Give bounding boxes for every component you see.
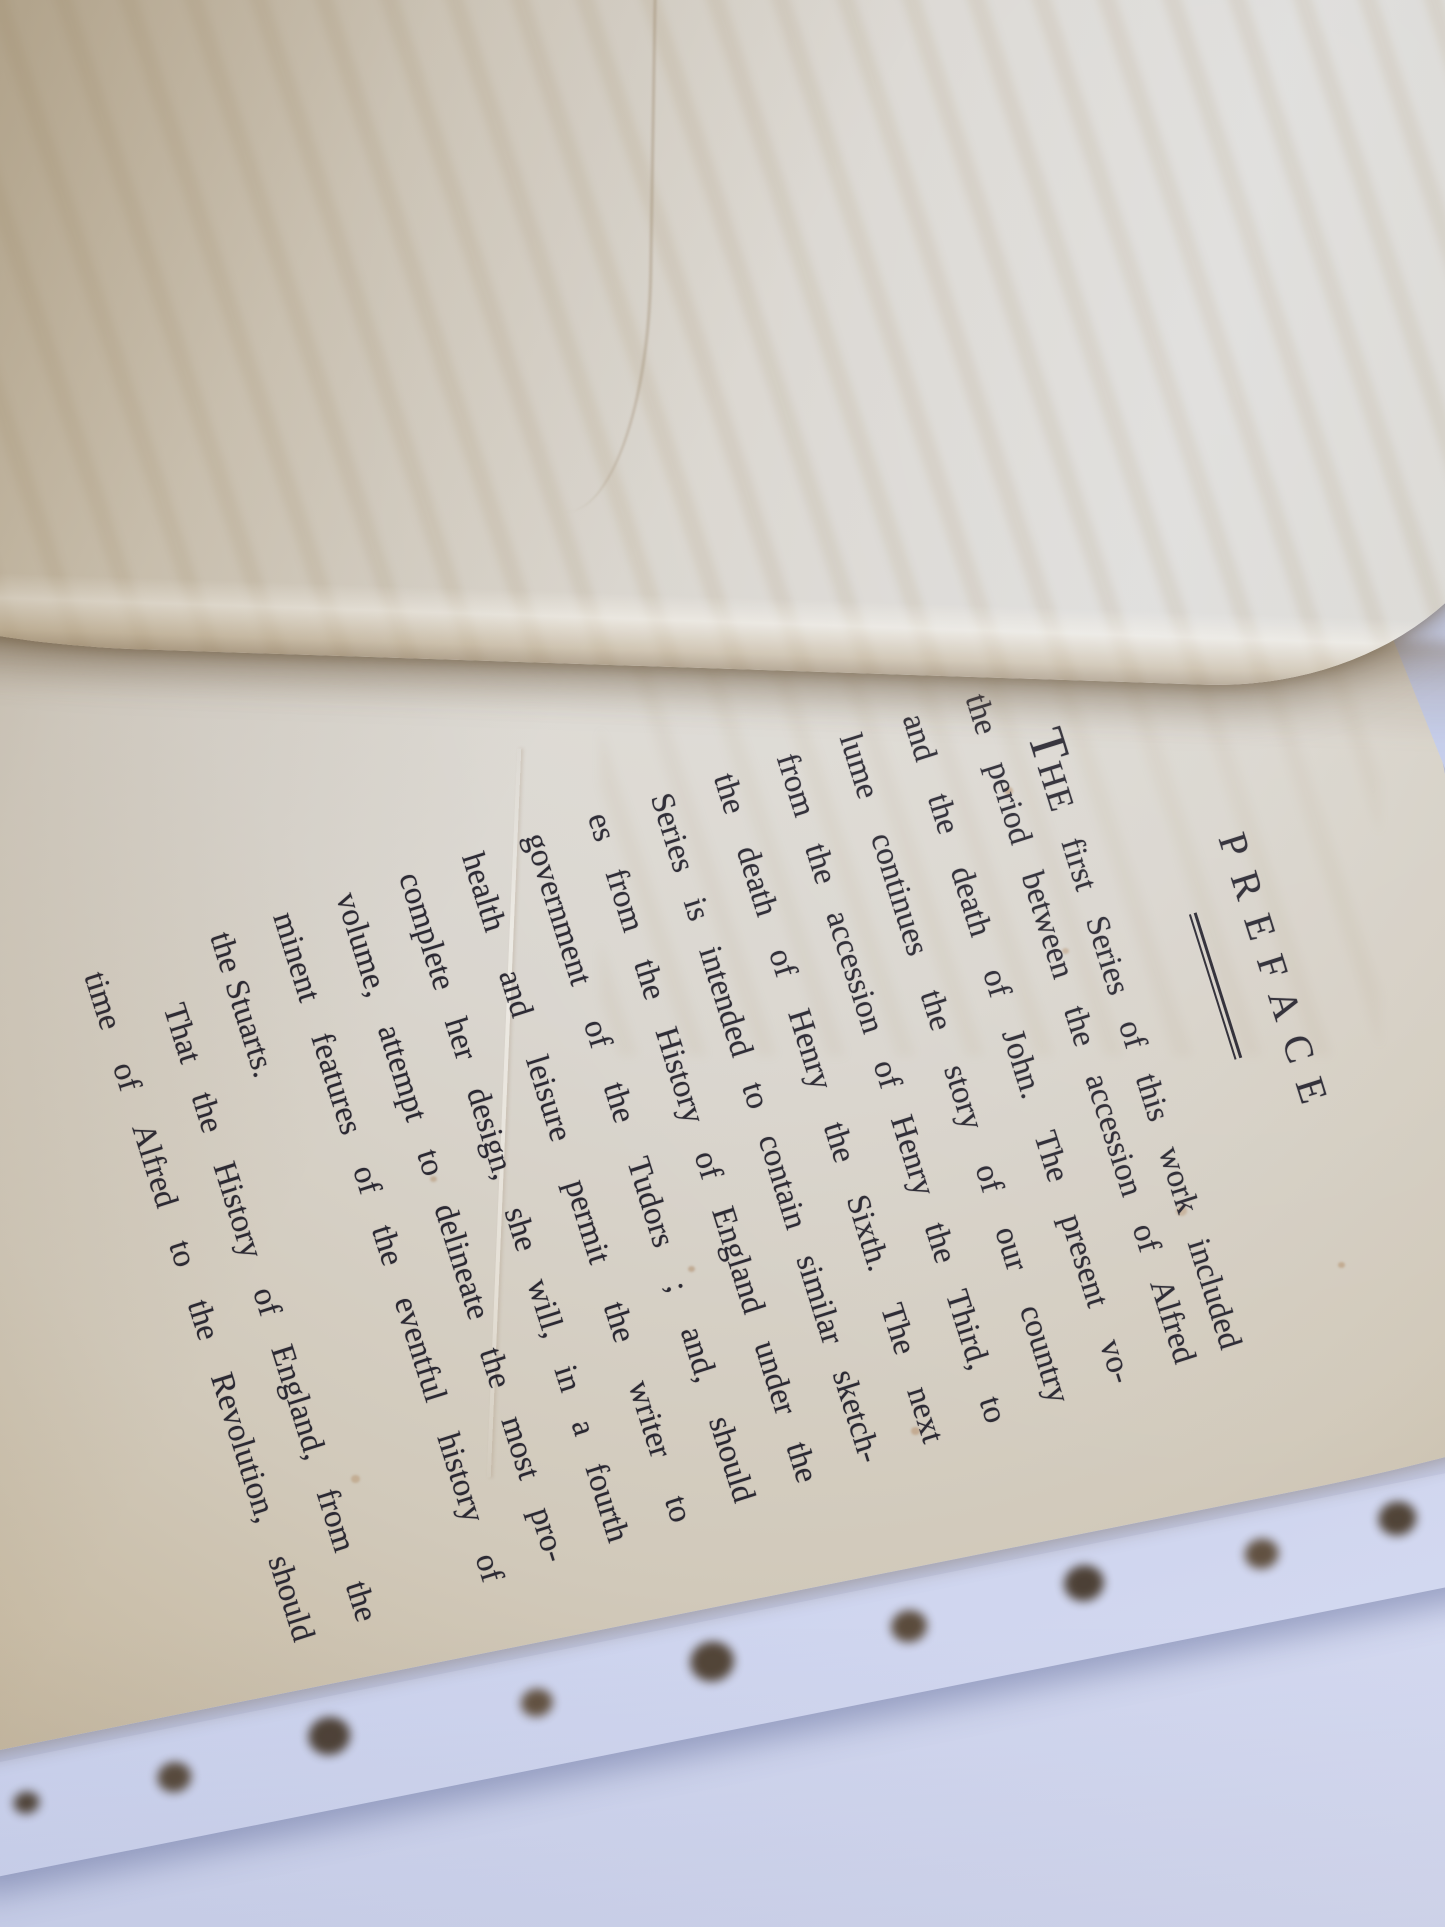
foxing-blotches — [12, 1789, 42, 1816]
book-photo: PREFACE THEfirstSeriesofthisworkincluded… — [0, 0, 1445, 1927]
heading-double-rule — [1189, 912, 1242, 1059]
showthrough-text-lifted — [0, 0, 1445, 695]
lifted-page — [0, 0, 1445, 695]
